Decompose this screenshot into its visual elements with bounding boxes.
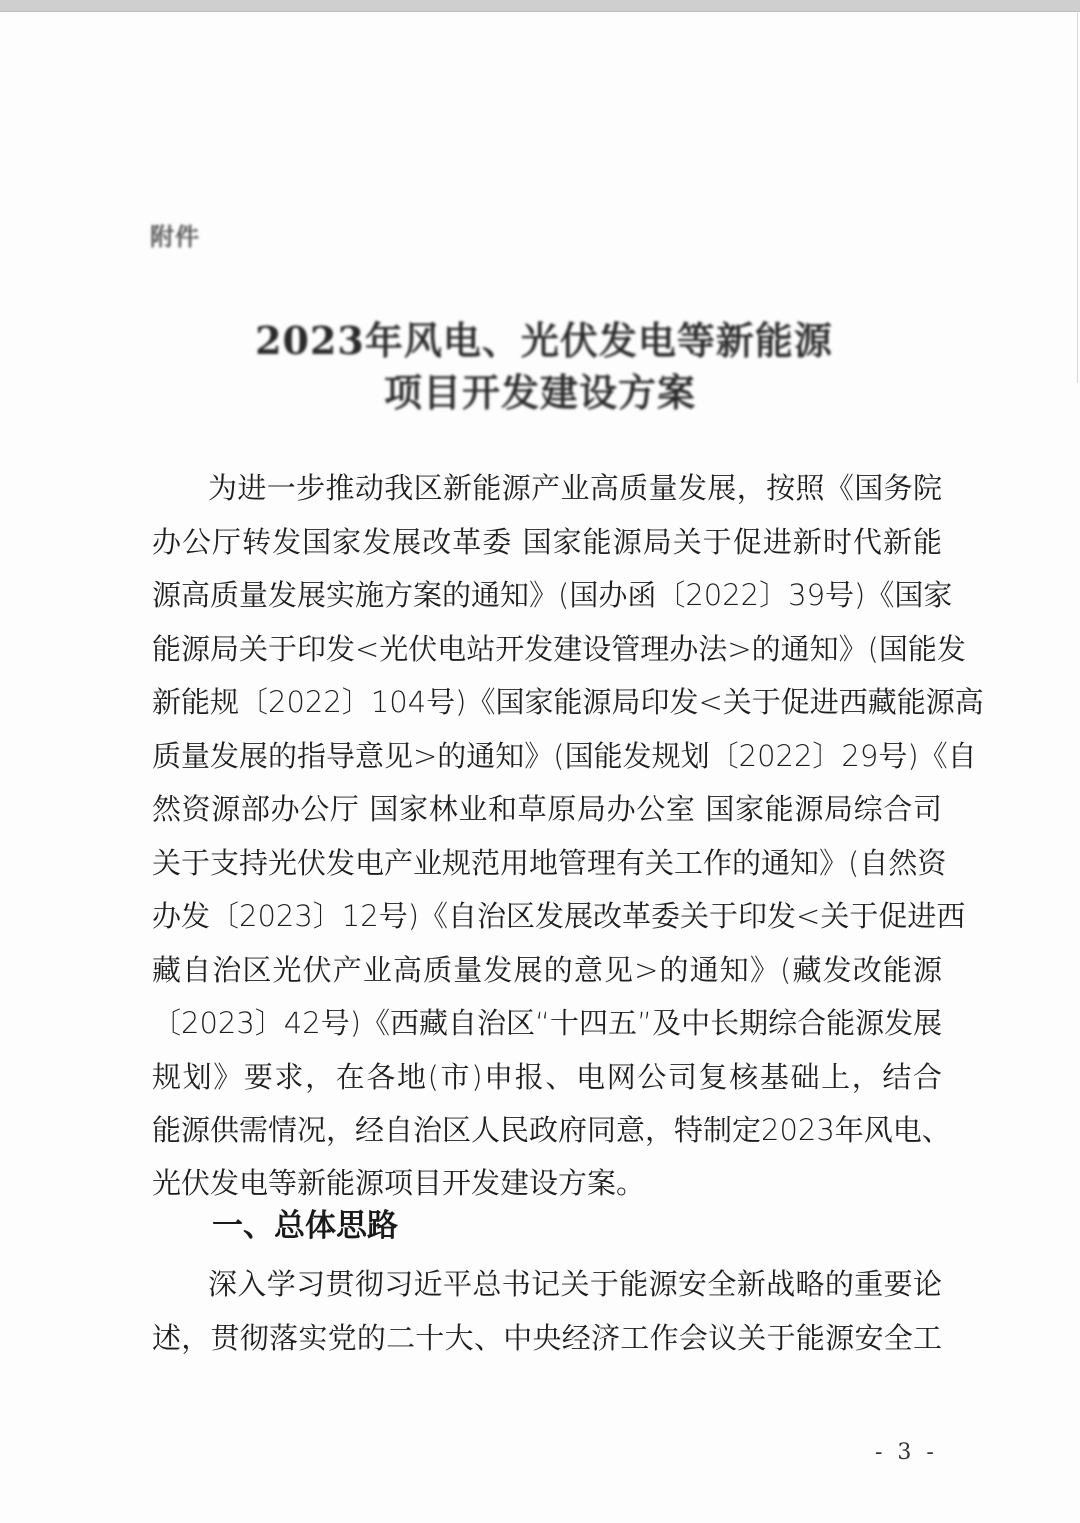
paragraph-line: 藏自治区光伏产业高质量发展的意见>的通知》(藏发改能源 [152, 952, 942, 988]
paragraph-line: 深入学习贯彻习近平总书记关于能源安全新战略的重要论 [208, 1266, 942, 1302]
paragraph-line: 办公厅转发国家发展改革委 国家能源局关于促进新时代新能 [152, 524, 942, 560]
paragraph-line: 质量发展的指导意见>的通知》(国能发规划〔2022〕29号)《自 [152, 738, 942, 774]
top-edge-band [0, 0, 1080, 12]
paragraph-line: 关于支持光伏发电产业规范用地管理有关工作的通知》(自然资 [152, 845, 942, 881]
document-page: 附件 2023年风电、光伏发电等新能源 项目开发建设方案 为进一步推动我区新能源… [0, 12, 1080, 1523]
paragraph-line: 源高质量发展实施方案的通知》(国办函〔2022〕39号)《国家 [152, 577, 942, 613]
document-title-line-1: 2023年风电、光伏发电等新能源 [4, 310, 1080, 365]
paragraph-line: 〔2023〕42号)《西藏自治区“十四五”及中长期综合能源发展 [152, 1005, 942, 1041]
paragraph-line: 为进一步推动我区新能源产业高质量发展，按照《国务院 [208, 470, 942, 506]
paragraph-line: 规划》要求，在各地(市)申报、电网公司复核基础上，结合 [152, 1059, 942, 1095]
document-title-line-2: 项目开发建设方案 [0, 362, 1080, 417]
paragraph-line: 然资源部办公厅 国家林业和草原局办公室 国家能源局综合司 [152, 791, 942, 827]
section-heading: 一、总体思路 [212, 1208, 398, 1244]
paragraph-line: 能源局关于印发<光伏电站开发建设管理办法>的通知》(国能发 [152, 631, 942, 667]
attachment-label: 附件 [150, 217, 200, 252]
page-number: - 3 - [875, 1440, 938, 1465]
paragraph-line: 新能规〔2022〕104号)《国家能源局印发<关于促进西藏能源高 [152, 684, 942, 720]
paragraph-line: 办发〔2023〕12号)《自治区发展改革委关于印发<关于促进西 [152, 898, 942, 934]
paragraph-line: 光伏发电等新能源项目开发建设方案。 [152, 1165, 645, 1201]
paragraph-line: 能源供需情况，经自治区人民政府同意，特制定2023年风电、 [152, 1112, 942, 1148]
paragraph-line: 述，贯彻落实党的二十大、中央经济工作会议关于能源安全工 [152, 1320, 942, 1356]
